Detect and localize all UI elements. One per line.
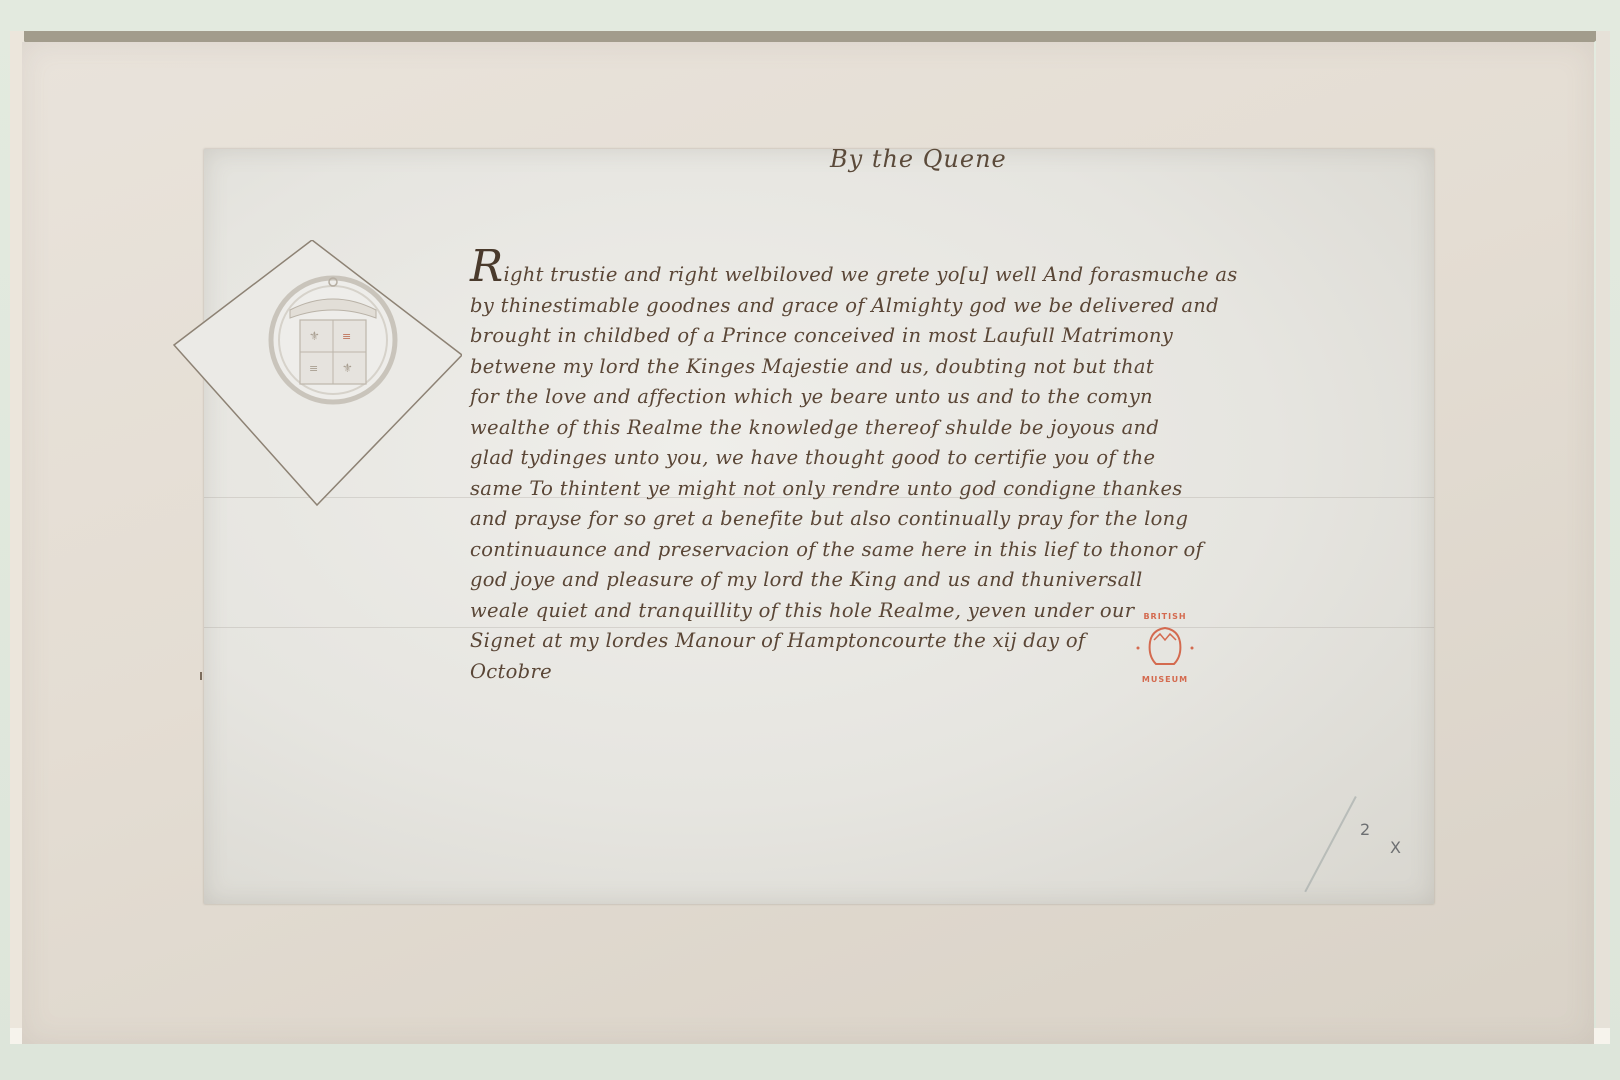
royal-seal-icon: ⚜ ⚜ ≡ ≡ xyxy=(162,240,462,520)
letter-line: same To thintent ye might not only rendr… xyxy=(470,474,1400,505)
svg-text:≡: ≡ xyxy=(309,362,318,375)
letter-line: and prayse for so gret a benefite but al… xyxy=(470,504,1400,535)
letter-line: for the love and affection which ye bear… xyxy=(470,382,1400,413)
stamp-top-text: BRITISH xyxy=(1130,612,1200,621)
pencil-note-right: X xyxy=(1390,838,1401,857)
letter-line: brought in childbed of a Prince conceive… xyxy=(470,321,1400,352)
letter-line: wealthe of this Realme the knowledge the… xyxy=(470,413,1400,444)
letter-line: glad tydinges unto you, we have thought … xyxy=(470,443,1400,474)
pencil-note-left: 2 xyxy=(1360,820,1370,839)
crown-stamp-icon xyxy=(1130,612,1200,684)
letter-line: Right trustie and right welbiloved we gr… xyxy=(470,252,1400,291)
svg-text:⚜: ⚜ xyxy=(342,361,353,375)
mat-bevel-right xyxy=(1596,31,1610,1040)
svg-text:⚜: ⚜ xyxy=(309,329,320,343)
letter-body: Right trustie and right welbiloved we gr… xyxy=(470,252,1400,687)
svg-text:≡: ≡ xyxy=(342,330,351,343)
letter-line: betwene my lord the Kinges Majestie and … xyxy=(470,352,1400,383)
stamp-bottom-text: MUSEUM xyxy=(1130,675,1200,684)
letter-line: god joye and pleasure of my lord the Kin… xyxy=(470,565,1400,596)
letter-line: weale quiet and tranquillity of this hol… xyxy=(470,596,1400,627)
letter-line: by thinestimable goodnes and grace of Al… xyxy=(470,291,1400,322)
letter-line: Signet at my lordes Manour of Hamptoncou… xyxy=(470,626,1400,657)
margin-mark xyxy=(200,672,202,680)
letter-line: continuaunce and preservacion of the sam… xyxy=(470,535,1400,566)
letter-heading: By the Quene xyxy=(830,145,1007,173)
british-museum-stamp: BRITISH MUSEUM xyxy=(1130,612,1200,684)
seal-flap: ⚜ ⚜ ≡ ≡ xyxy=(162,240,462,520)
letter-line: Octobre xyxy=(470,657,1400,688)
